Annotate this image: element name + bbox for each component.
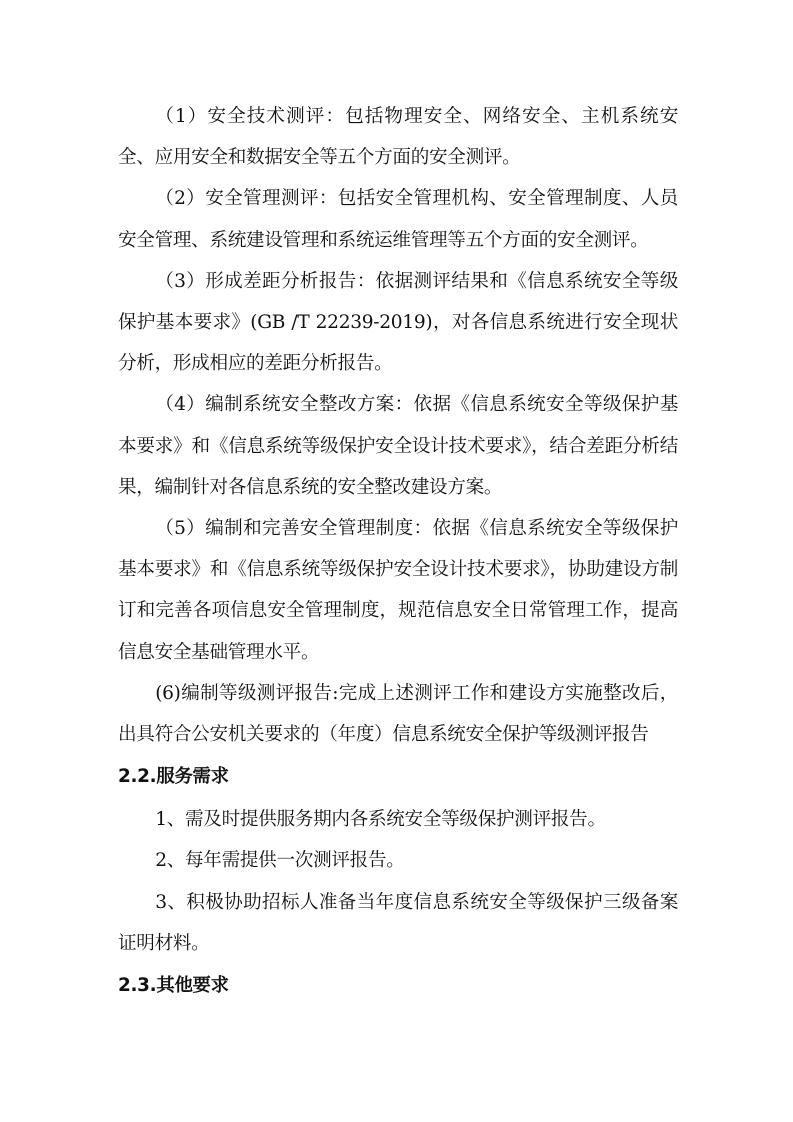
paragraph-item-6: (6)编制等级测评报告:完成上述测评工作和建设方实施整改后，出具符合公安机关要求… xyxy=(118,673,678,755)
service-requirement-2: 2、每年需提供一次测评报告。 xyxy=(118,840,678,881)
paragraph-item-5: （5）编制和完善安全管理制度：依据《信息系统安全等级保护基本要求》和《信息系统等… xyxy=(118,508,678,673)
paragraph-item-2: （2）安全管理测评：包括安全管理机构、安全管理制度、人员安全管理、系统建设管理和… xyxy=(118,178,678,260)
section-heading-service-requirements: 2.2.服务需求 xyxy=(118,755,678,799)
service-requirement-3: 3、积极协助招标人准备当年度信息系统安全等级保护三级备案证明材料。 xyxy=(118,882,678,964)
paragraph-item-3: （3）形成差距分析报告：依据测评结果和《信息系统安全等级保护基本要求》(GB /… xyxy=(118,261,678,385)
paragraph-item-4: （4）编制系统安全整改方案：依据《信息系统安全等级保护基本要求》和《信息系统等级… xyxy=(118,384,678,508)
section-heading-other-requirements: 2.3.其他要求 xyxy=(118,964,678,1008)
service-requirement-1: 1、需及时提供服务期内各系统安全等级保护测评报告。 xyxy=(118,799,678,840)
document-page: （1）安全技术测评：包括物理安全、网络安全、主机系统安全、应用安全和数据安全等五… xyxy=(118,96,678,1008)
paragraph-item-1: （1）安全技术测评：包括物理安全、网络安全、主机系统安全、应用安全和数据安全等五… xyxy=(118,96,678,178)
